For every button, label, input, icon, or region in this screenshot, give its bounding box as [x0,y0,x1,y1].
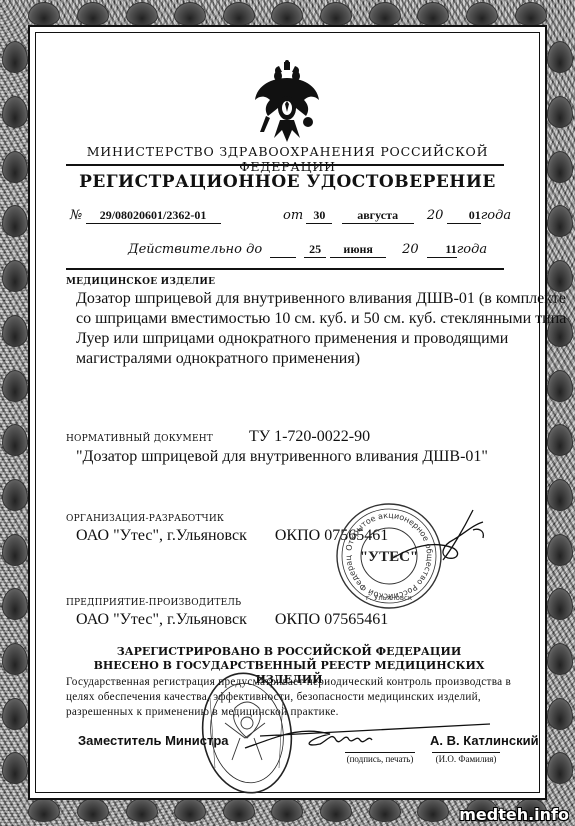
coat-of-arms-icon [252,60,322,150]
manufacturer-name: ОАО "Утес", г.Ульяновск [76,610,247,630]
signatory-position: Заместитель Министра [78,733,229,748]
valid-year: 11 [427,242,457,258]
certificate-title: РЕГИСТРАЦИОННОЕ УДОСТОВЕРЕНИЕ [40,172,535,192]
valid-day: 25 [304,242,326,258]
valid-blank [270,242,296,258]
description-line: магистралями однократного применения) [76,349,566,369]
valid-prefix: Действительно до [128,242,262,257]
certificate-number: 29/08020601/2362-01 [86,208,221,224]
issue-year-suffix: года [481,208,511,223]
developer-name: ОАО "Утес", г.Ульяновск [76,526,247,546]
normative-document-name: "Дозатор шприцевой для внутривенного вли… [76,447,506,467]
svg-text:г. Ульяновск: г. Ульяновск [366,594,412,602]
ministry-heading: МИНИСТЕРСТВО ЗДРАВООХРАНЕНИЯ РОССИЙСКОЙ … [40,144,535,174]
valid-until-row: Действительно до 25 июня 20 11года [128,240,487,258]
signatory-name: А. В. Катлинский [430,733,539,748]
date-prefix: от [283,208,303,223]
signature-caption: (подпись, печать) [345,752,415,764]
certificate-number-row: № 29/08020601/2362-01 [70,207,221,224]
issue-year: 01 [447,208,481,224]
company-seal-stamp: Открытое акционерное общество Российской… [333,500,493,612]
valid-year-suffix: года [457,242,487,257]
border-ornament-left [2,30,28,796]
valid-year-prefix: 20 [402,242,419,257]
medical-device-section: МЕДИЦИНСКОЕ ИЗДЕЛИЕ Дозатор шприцевой дл… [66,277,566,369]
medical-device-description: Дозатор шприцевой для внутривенного влив… [76,289,566,369]
valid-month: июня [330,242,386,258]
description-line: Дозатор шприцевой для внутривенного влив… [76,289,566,309]
divider [66,164,504,166]
issue-day: 30 [306,208,332,224]
border-ornament-right [547,30,573,796]
normative-document-section: НОРМАТИВНЫЙ ДОКУМЕНТ ТУ 1-720-0022-90 "Д… [66,427,506,467]
medical-device-label: МЕДИЦИНСКОЕ ИЗДЕЛИЕ [66,277,566,287]
border-ornament-top [20,2,555,26]
number-label: № [70,208,82,223]
issue-year-prefix: 20 [427,208,444,223]
normative-document-code: ТУ 1-720-0022-90 [249,427,370,447]
description-line: со шприцами вместимостью 10 см. куб. и 5… [76,309,566,329]
issue-month: августа [342,208,414,224]
divider [66,268,504,270]
description-line: Луер или шприцами однократного применени… [76,329,566,349]
site-watermark: medteh.info [459,805,569,824]
registration-line1: ЗАРЕГИСТРИРОВАНО В РОССИЙСКОЙ ФЕДЕРАЦИИ [66,645,512,659]
seal-center-text: "УТЕС" [360,549,419,565]
manufacturer-okpo: ОКПО 07565461 [275,610,388,630]
issue-date-row: от 30 августа 20 01года [283,207,511,224]
name-caption: (И.О. Фамилия) [432,752,500,764]
normative-document-label: НОРМАТИВНЫЙ ДОКУМЕНТ [66,434,213,444]
